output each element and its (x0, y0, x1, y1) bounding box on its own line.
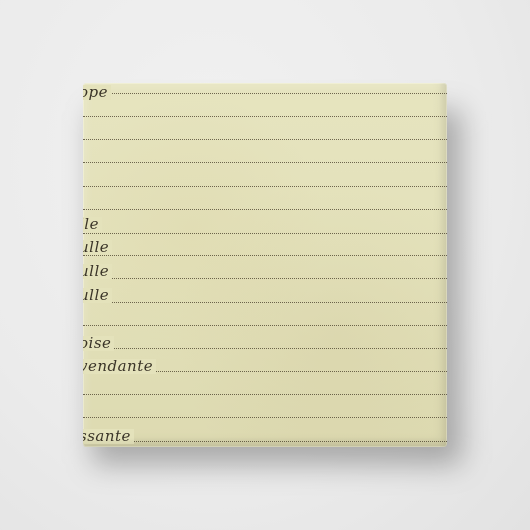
dotted-line (83, 116, 447, 117)
dotted-line (83, 302, 447, 303)
dotted-line (83, 348, 447, 349)
square-button-badge: opelleulleulleulleoisevendantessante (83, 83, 447, 447)
script-label: vendante (83, 359, 156, 374)
dotted-line (83, 186, 447, 187)
dotted-line (83, 139, 447, 140)
badge-edge-bottom (83, 437, 447, 447)
script-label: ulle (83, 240, 112, 255)
script-label: lle (83, 217, 102, 232)
script-label: ope (83, 85, 111, 100)
dotted-line (83, 209, 447, 210)
dotted-line (83, 394, 447, 395)
script-label: oise (83, 336, 114, 351)
dotted-line (83, 233, 447, 234)
dotted-line (83, 278, 447, 279)
script-label: ulle (83, 264, 112, 279)
script-label: ulle (83, 288, 112, 303)
dotted-line (83, 162, 447, 163)
dotted-line (83, 417, 447, 418)
badge-edge-right (439, 83, 447, 447)
dotted-line (83, 255, 447, 256)
dotted-line (83, 93, 447, 94)
dotted-line (83, 325, 447, 326)
